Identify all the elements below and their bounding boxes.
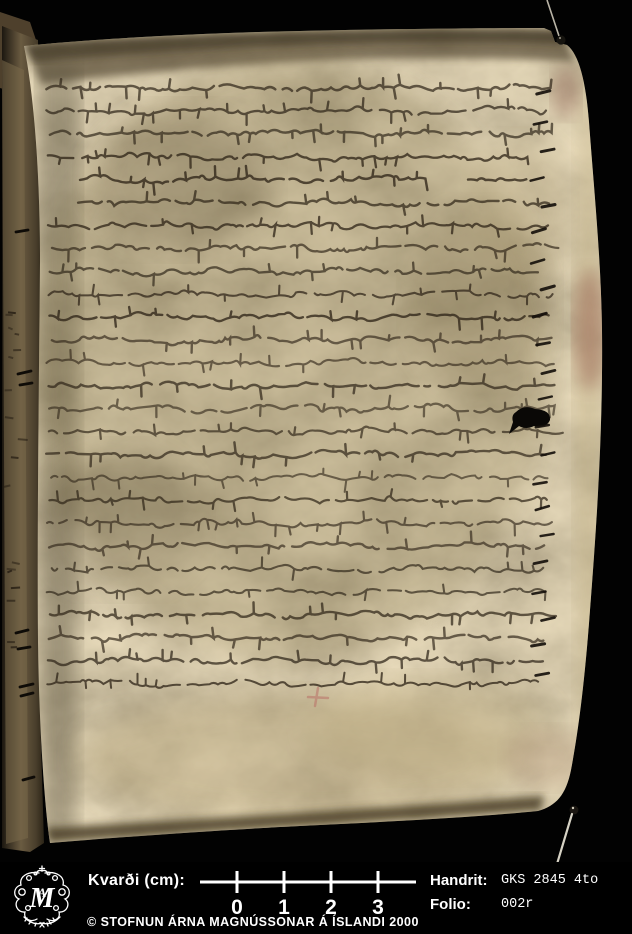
copyright-text: © STOFNUN ÁRNA MAGNÚSSONAR Á ÍSLANDI 200… [87, 915, 419, 929]
manuscript-scan-viewer: M A Kvarði (cm): 0 1 2 3 © STOFNUN ÁRNA … [0, 0, 632, 934]
manuscript-photo [0, 0, 632, 862]
institute-logo: M A [9, 864, 75, 930]
parchment-page [16, 28, 606, 843]
folio-value: 002r [501, 897, 533, 912]
logo-letter-a: A [37, 885, 47, 900]
scale-label: Kvarði (cm): [88, 872, 185, 890]
handrit-label: Handrit: [430, 872, 488, 889]
folio-label: Folio: [430, 896, 471, 913]
scale-ruler: 0 1 2 3 [196, 864, 420, 922]
metadata-bar: M A Kvarði (cm): 0 1 2 3 © STOFNUN ÁRNA … [0, 862, 632, 934]
handrit-value: GKS 2845 4to [501, 873, 598, 888]
